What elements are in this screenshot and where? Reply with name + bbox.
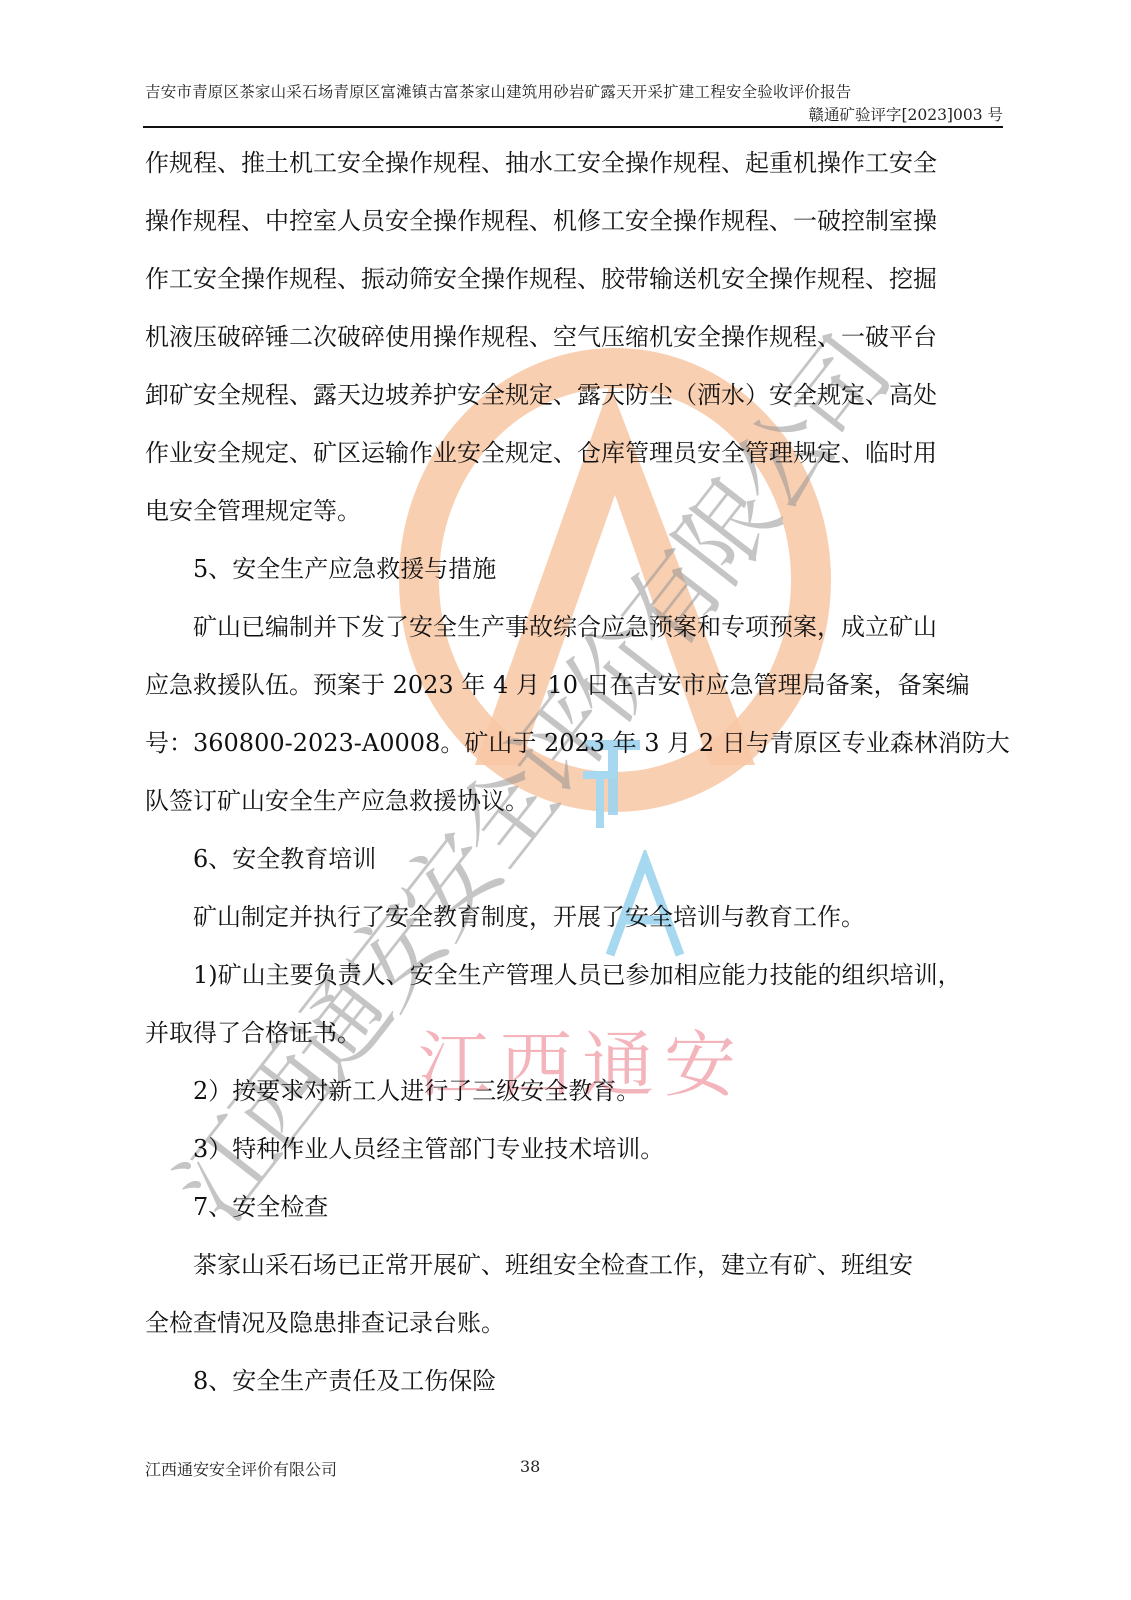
section-heading-responsibility: 8、安全生产责任及工伤保险	[193, 1366, 496, 1396]
body-line: 队签订矿山安全生产应急救援协议。	[145, 786, 529, 816]
body-line: 操作规程、中控室人员安全操作规程、机修工安全操作规程、一破控制室操	[145, 206, 937, 236]
list-item: 1)矿山主要负责人、安全生产管理人员已参加相应能力技能的组织培训，	[193, 960, 962, 990]
body-line: 号：360800-2023-A0008。矿山于 2023 年 3 月 2 日与青…	[145, 728, 1010, 758]
body-line: 应急救援队伍。预案于 2023 年 4 月 10 日在吉安市应急管理局备案，备案…	[145, 670, 970, 700]
page-number: 38	[520, 1457, 540, 1476]
body-line: 矿山制定并执行了安全教育制度，开展了安全培训与教育工作。	[193, 902, 865, 932]
body-line: 作工安全操作规程、振动筛安全操作规程、胶带输送机安全操作规程、挖掘	[145, 264, 937, 294]
body-line: 矿山已编制并下发了安全生产事故综合应急预案和专项预案，成立矿山	[193, 612, 937, 642]
body-line: 作业安全规定、矿区运输作业安全规定、仓库管理员安全管理规定、临时用	[145, 438, 937, 468]
document-page: 江西通安 江西通安安全评价有限公司 吉安市青原区茶家山采石场青原区富滩镇古富茶家…	[0, 0, 1131, 1600]
report-document-code: 赣通矿验评字[2023]003 号	[808, 103, 1003, 125]
section-heading-training: 6、安全教育培训	[193, 844, 376, 874]
report-header-title: 吉安市青原区茶家山采石场青原区富滩镇古富茶家山建筑用砂岩矿露天开采扩建工程安全验…	[145, 80, 852, 102]
section-heading-emergency: 5、安全生产应急救援与措施	[193, 554, 496, 584]
body-line: 并取得了合格证书。	[145, 1018, 361, 1048]
body-line: 机液压破碎锤二次破碎使用操作规程、空气压缩机安全操作规程、一破平台	[145, 322, 937, 352]
body-line: 茶家山采石场已正常开展矿、班组安全检查工作，建立有矿、班组安	[193, 1250, 913, 1280]
body-line: 全检查情况及隐患排查记录台账。	[145, 1308, 505, 1338]
footer-company-name: 江西通安安全评价有限公司	[145, 1457, 337, 1480]
logo-circle-ta-mark	[575, 770, 625, 830]
body-line: 作规程、推土机工安全操作规程、抽水工安全操作规程、起重机操作工安全	[145, 148, 937, 178]
body-line: 电安全管理规定等。	[145, 496, 361, 526]
list-item: 2）按要求对新工人进行了三级安全教育。	[193, 1076, 640, 1106]
list-item: 3）特种作业人员经主管部门专业技术培训。	[193, 1134, 664, 1164]
body-line: 卸矿安全规程、露天边坡养护安全规定、露天防尘（洒水）安全规定、高处	[145, 380, 937, 410]
header-divider	[143, 126, 1003, 128]
section-heading-inspection: 7、安全检查	[193, 1192, 328, 1222]
